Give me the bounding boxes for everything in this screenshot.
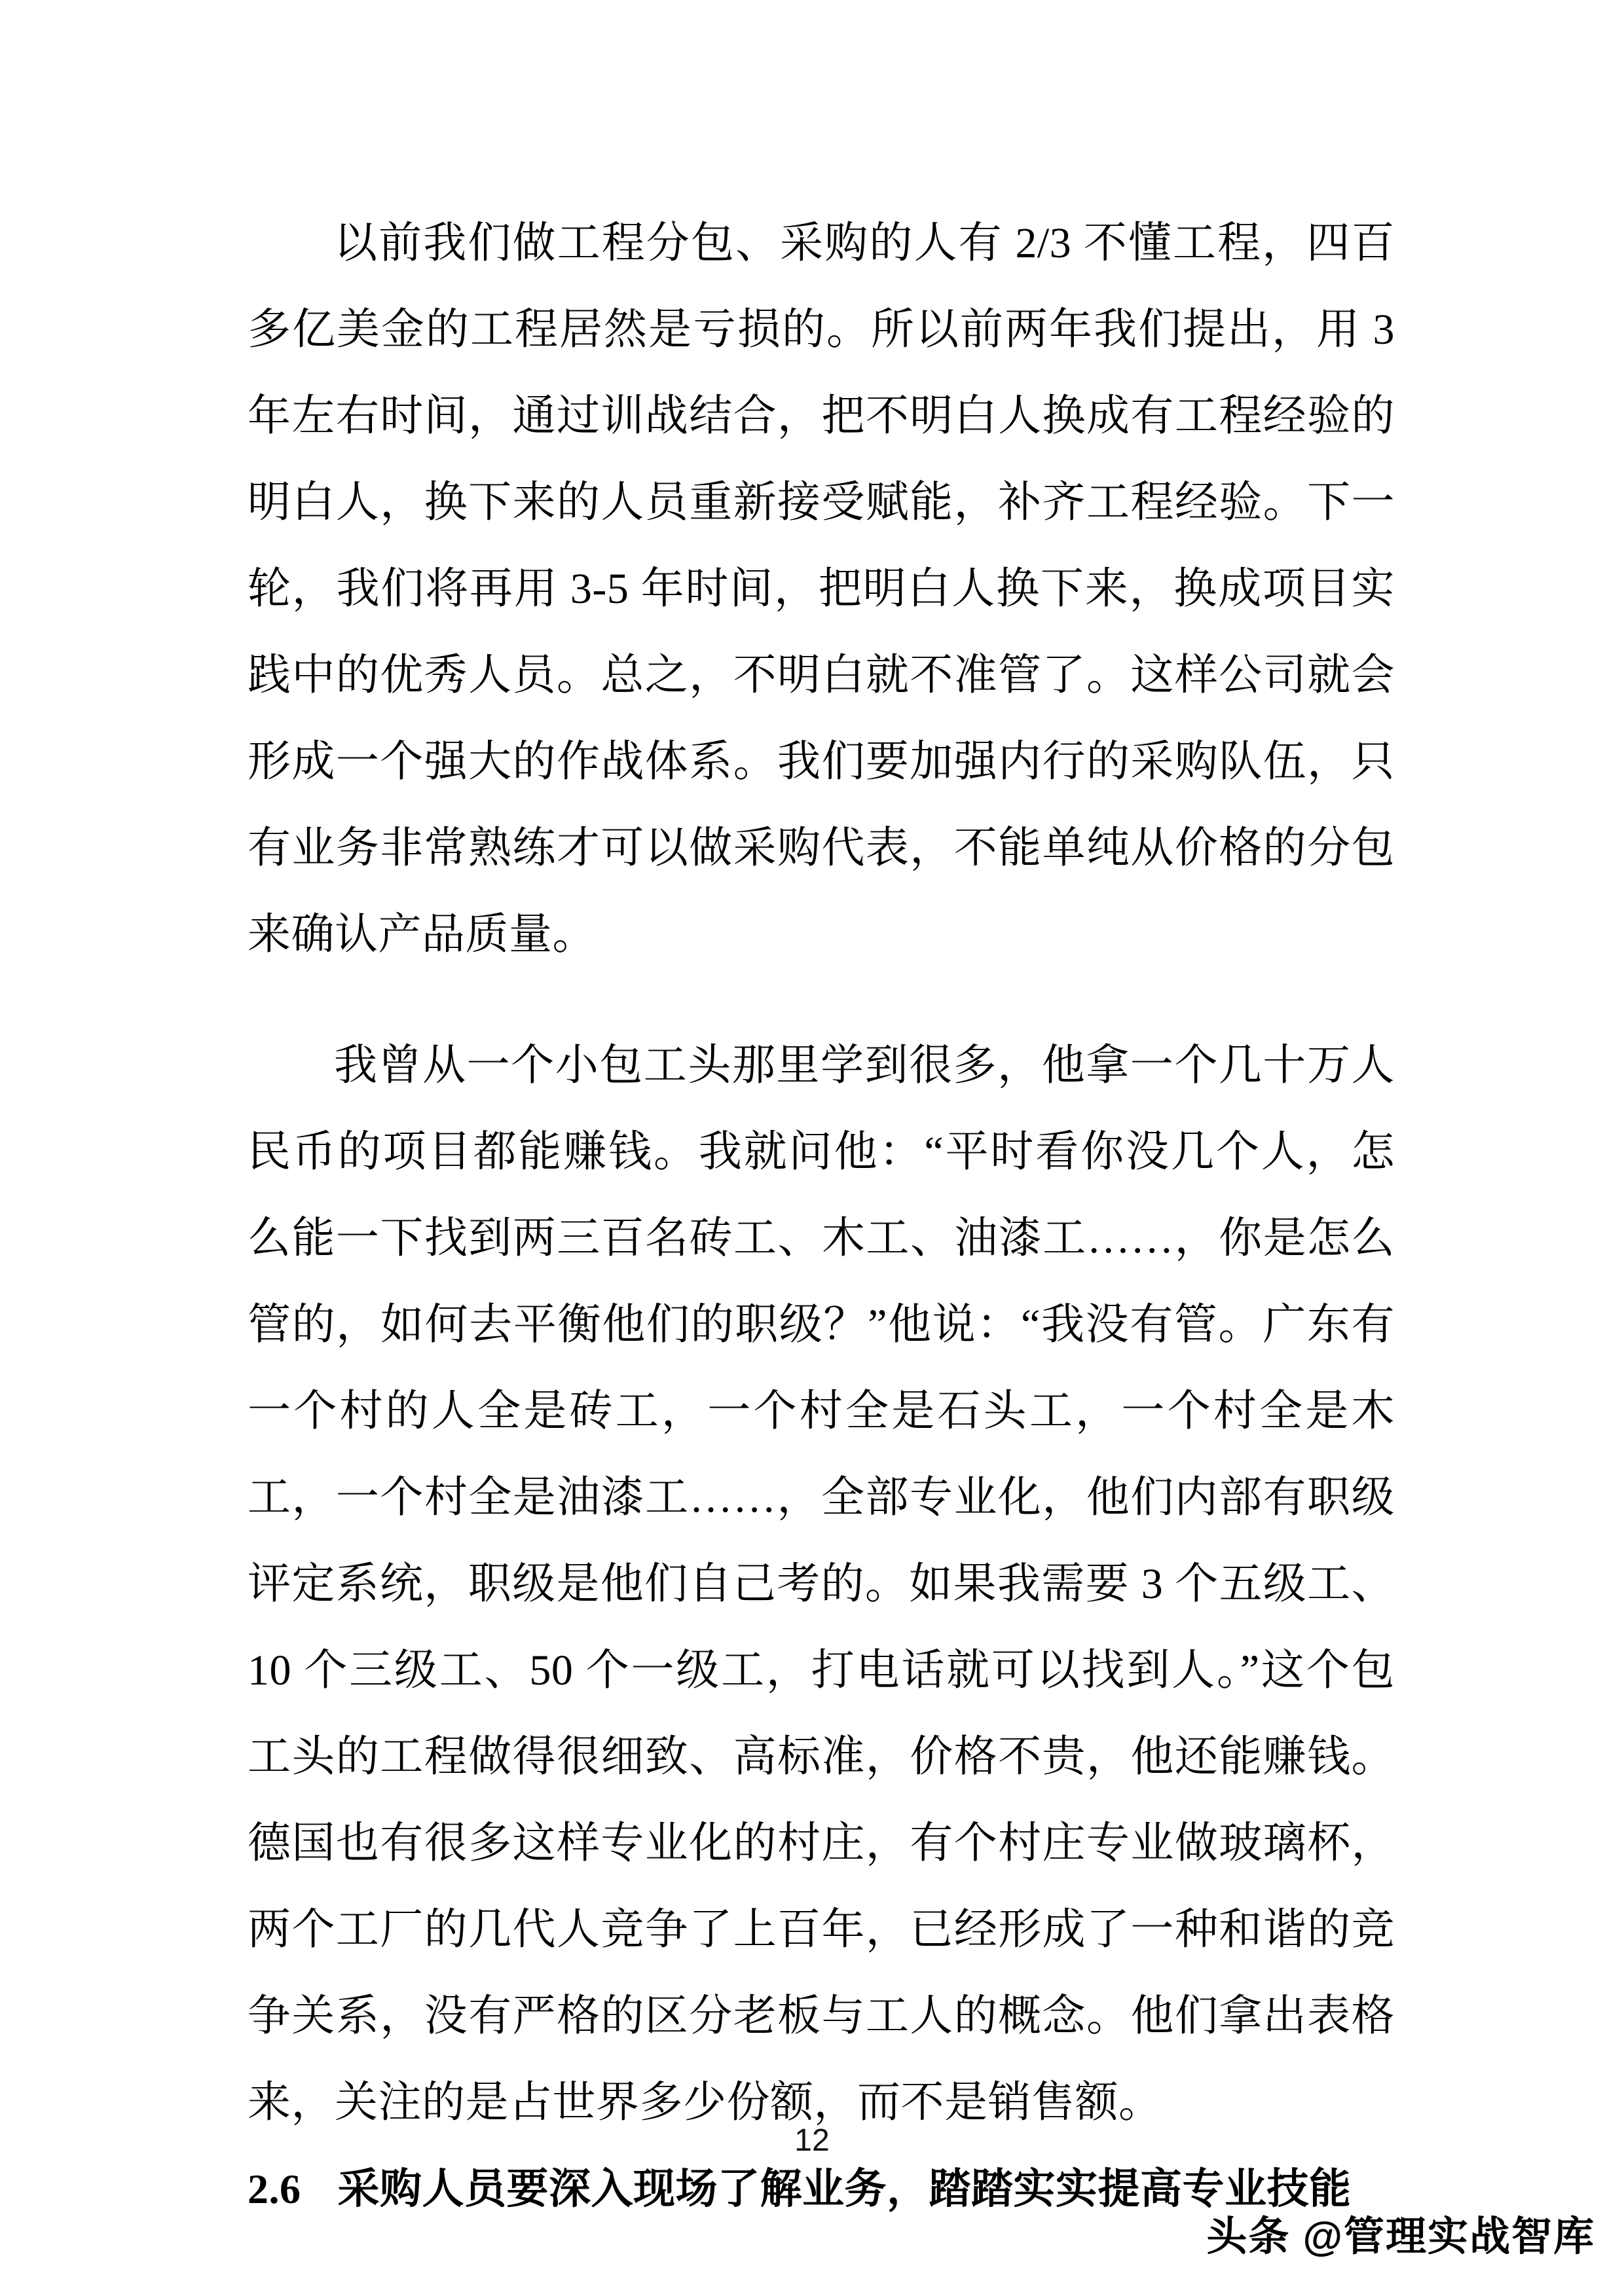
- section-heading-title: 采购人员要深入现场了解业务，踏踏实实提高专业技能: [338, 2166, 1352, 2212]
- document-page: 以前我们做工程分包、采购的人有 2/3 不懂工程，四百多亿美金的工程居然是亏损的…: [0, 0, 1624, 2296]
- paragraph-2: 我曾从一个小包工头那里学到很多，他拿一个几十万人民币的项目都能赚钱。我就问他：“…: [248, 1023, 1395, 2146]
- watermark: 头条 @管理实战智库: [1206, 2214, 1595, 2260]
- paragraph-1: 以前我们做工程分包、采购的人有 2/3 不懂工程，四百多亿美金的工程居然是亏损的…: [248, 200, 1395, 978]
- page-content: 以前我们做工程分包、采购的人有 2/3 不懂工程，四百多亿美金的工程居然是亏损的…: [248, 200, 1395, 2232]
- page-number: 12: [0, 2121, 1624, 2160]
